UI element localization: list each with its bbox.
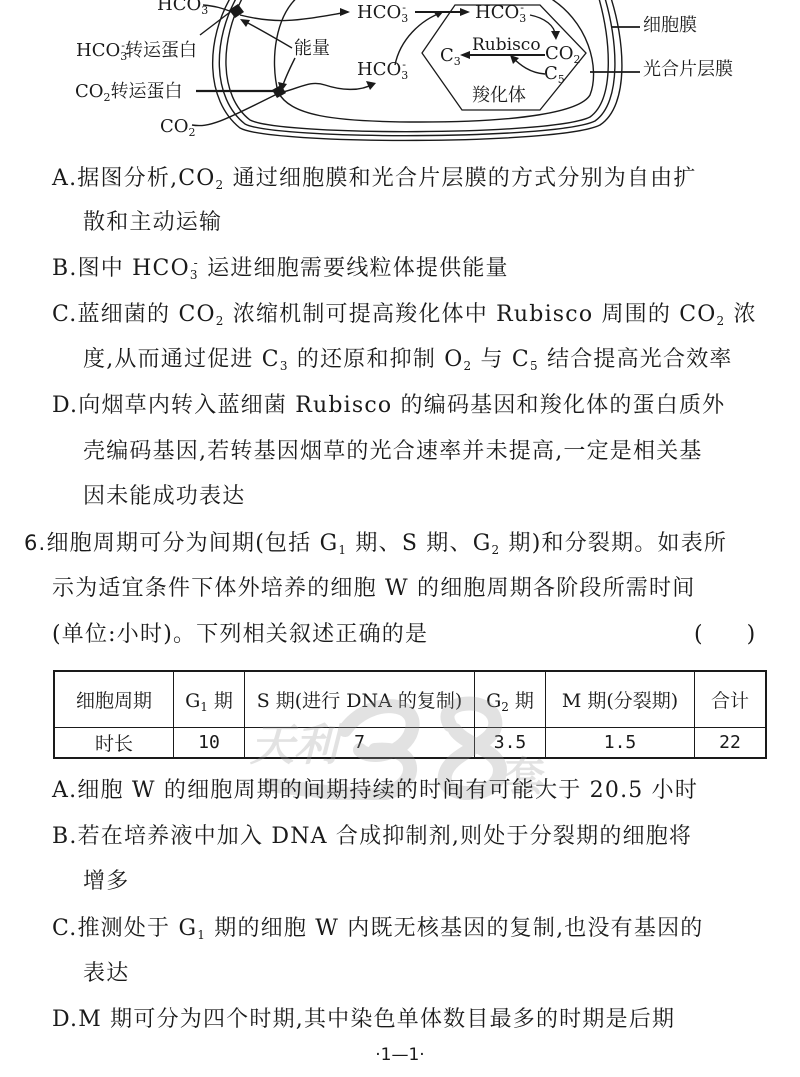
- co2-carboxysome-label: CO2: [545, 43, 581, 65]
- q6-option-c-line2: 表达: [83, 959, 129, 989]
- q5-option-d-line3: 因未能成功表达: [83, 482, 245, 512]
- q5-option-a-line2: 散和主动运输: [83, 208, 222, 238]
- table-header-cell: 细胞周期: [54, 671, 174, 728]
- table-header-cell: G2 期: [475, 671, 546, 728]
- option-marker: D.: [52, 393, 78, 418]
- table-cell: 7: [245, 728, 475, 759]
- hco3-outside-label: HCO3: [157, 0, 208, 16]
- option-marker: A.: [52, 166, 77, 191]
- carboxysome-label: 羧化体: [472, 85, 526, 107]
- q6-option-a-line1: A.细胞 W 的细胞周期的间期持续的时间有可能大于 20.5 小时: [52, 776, 698, 806]
- table-cell: 22: [695, 728, 767, 759]
- question-number: 6.: [24, 531, 46, 555]
- q6-stem-line1: 6.细胞周期可分为间期(包括 G1 期、S 期、G2 期)和分裂期。如表所: [24, 528, 727, 559]
- c3-label: C3: [440, 45, 461, 67]
- q5-option-c-line2: 度,从而通过促进 C3 的还原和抑制 O2 与 C5 结合提高光合效率: [83, 345, 733, 375]
- table-cell: 1.5: [546, 728, 695, 759]
- option-marker: A.: [52, 778, 77, 803]
- option-marker: B.: [52, 256, 78, 281]
- cell-cycle-table: 细胞周期 G1 期 S 期(进行 DNA 的复制) G2 期 M 期(分裂期) …: [53, 670, 767, 759]
- rubisco-label: Rubisco: [472, 34, 541, 56]
- answer-bracket[interactable]: ( ): [694, 620, 755, 650]
- hco3-cytoplasm-bottom-label: HCO3-: [357, 59, 406, 81]
- option-marker: C.: [52, 302, 77, 327]
- q5-option-d-line2: 壳编码基因,若转基因烟草的光合速率并未提高,一定是相关基: [83, 437, 703, 467]
- table-header-cell: M 期(分裂期): [546, 671, 695, 728]
- carbon-concentrating-diagram: HCO3 HCO3-转运蛋白 CO2转运蛋白 CO2 能量 HCO3- HCO3…: [0, 0, 800, 150]
- q6-stem-line2: 示为适宜条件下体外培养的细胞 W 的细胞周期各阶段所需时间: [52, 574, 695, 604]
- table-cell: 3.5: [475, 728, 546, 759]
- table-header-cell: S 期(进行 DNA 的复制): [245, 671, 475, 728]
- table-header-row: 细胞周期 G1 期 S 期(进行 DNA 的复制) G2 期 M 期(分裂期) …: [54, 671, 766, 728]
- option-marker: C.: [52, 916, 77, 941]
- option-marker: D.: [52, 1007, 78, 1032]
- q6-stem-line3: (单位:小时)。下列相关叙述正确的是: [52, 620, 428, 650]
- hco3-cytoplasm-top-label: HCO3-: [357, 2, 406, 24]
- q6-option-c-line1: C.推测处于 G1 期的细胞 W 内既无核基因的复制,也没有基因的: [52, 914, 703, 944]
- energy-label: 能量: [294, 38, 330, 60]
- c5-label: C5: [544, 63, 565, 85]
- q6-option-b-line2: 增多: [83, 867, 129, 897]
- q5-option-b-line1: B.图中 HCO3- 运进细胞需要线粒体提供能量: [52, 254, 509, 284]
- co2-outside-label: CO2: [160, 116, 196, 138]
- thylakoid-membrane-label: 光合片层膜: [643, 59, 733, 81]
- q5-option-a-line1: A.据图分析,CO2 通过细胞膜和光合片层膜的方式分别为自由扩: [52, 164, 697, 194]
- q6-option-d-line1: D.M 期可分为四个时期,其中染色单体数目最多的时期是后期: [52, 1005, 675, 1035]
- table-header-cell: G1 期: [174, 671, 245, 728]
- hco3-transport-protein-label: HCO3-转运蛋白: [76, 40, 197, 62]
- option-marker: B.: [52, 824, 78, 849]
- page-number: ·1—1·: [0, 1045, 800, 1065]
- cell-membrane-label: 细胞膜: [643, 15, 697, 37]
- hco3-carboxysome-label: HCO3-: [475, 2, 524, 24]
- co2-transport-protein-label: CO2转运蛋白: [75, 81, 183, 103]
- q6-option-b-line1: B.若在培养液中加入 DNA 合成抑制剂,则处于分裂期的细胞将: [52, 822, 692, 852]
- q5-option-d-line1: D.向烟草内转入蓝细菌 Rubisco 的编码基因和羧化体的蛋白质外: [52, 391, 725, 421]
- table-cell: 10: [174, 728, 245, 759]
- table-row: 时长 10 7 3.5 1.5 22: [54, 728, 766, 759]
- q5-option-c-line1: C.蓝细菌的 CO2 浓缩机制可提高羧化体中 Rubisco 周围的 CO2 浓: [52, 300, 757, 330]
- table-row-label: 时长: [54, 728, 174, 759]
- table-header-cell: 合计: [695, 671, 767, 728]
